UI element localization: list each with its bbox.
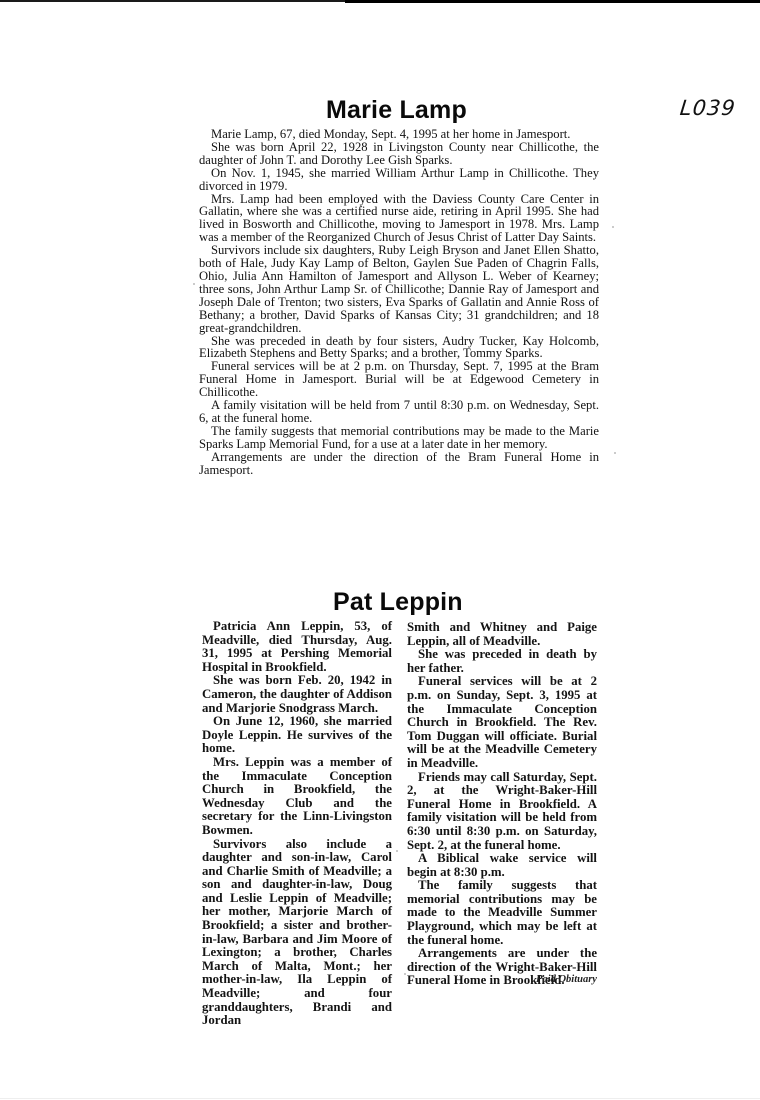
obituary-1-paragraph: She was born April 22, 1928 in Livingsto… [199,141,599,167]
obituary-1-title: Marie Lamp [326,96,467,125]
obituary-1-paragraph: The family suggests that memorial contri… [199,425,599,451]
obituary-1-paragraph: Survivors include six daughters, Ruby Le… [199,244,599,334]
obituary-2-paragraph: The family suggests that memorial contri… [407,879,597,947]
handwritten-reference-code: L039 [679,96,737,120]
obituary-2-paragraph: Friends may call Saturday, Sept. 2, at t… [407,771,597,853]
scan-top-border-dark [345,0,760,3]
scan-speck [612,226,614,228]
obituary-2-left-column: Patricia Ann Leppin, 53, of Meadville, d… [202,620,392,1028]
scan-speck [614,452,616,454]
obituary-2-paragraph: She was born Feb. 20, 1942 in Cameron, t… [202,674,392,715]
paid-obituary-label: Paid Obituary [536,974,597,985]
obituary-1-paragraph: Funeral services will be at 2 p.m. on Th… [199,360,599,399]
obituary-1-paragraph: Arrangements are under the direction of … [199,451,599,477]
scan-speck [404,973,406,975]
obituary-2-paragraph-continued: Smith and Whitney and Paige Leppin, all … [407,621,597,648]
obituary-2-paragraph: Survivors also include a daughter and so… [202,838,392,1028]
obituary-1-paragraph: Marie Lamp, 67, died Monday, Sept. 4, 19… [199,128,599,141]
obituary-2-paragraph: A Biblical wake service will begin at 8:… [407,852,597,879]
scan-speck [193,283,195,285]
obituary-1-body: Marie Lamp, 67, died Monday, Sept. 4, 19… [199,128,599,476]
scan-speck [396,850,398,852]
obituary-2-paragraph: On June 12, 1960, she married Doyle Lepp… [202,715,392,756]
obituary-1-paragraph: A family visitation will be held from 7 … [199,399,599,425]
scan-bottom-border [0,1098,760,1099]
obituary-1-paragraph: She was preceded in death by four sister… [199,335,599,361]
obituary-2-paragraph: Patricia Ann Leppin, 53, of Meadville, d… [202,620,392,674]
obituary-2-paragraph: Funeral services will be at 2 p.m. on Su… [407,675,597,770]
obituary-2-paragraph: She was preceded in death by her father. [407,648,597,675]
obituary-1-paragraph: On Nov. 1, 1945, she married William Art… [199,167,599,193]
obituary-2-paragraph: Mrs. Leppin was a member of the Immacula… [202,756,392,838]
obituary-2-right-column: Smith and Whitney and Paige Leppin, all … [407,621,597,988]
obituary-1-paragraph: Mrs. Lamp had been employed with the Dav… [199,193,599,245]
obituary-2-title: Pat Leppin [333,588,463,617]
